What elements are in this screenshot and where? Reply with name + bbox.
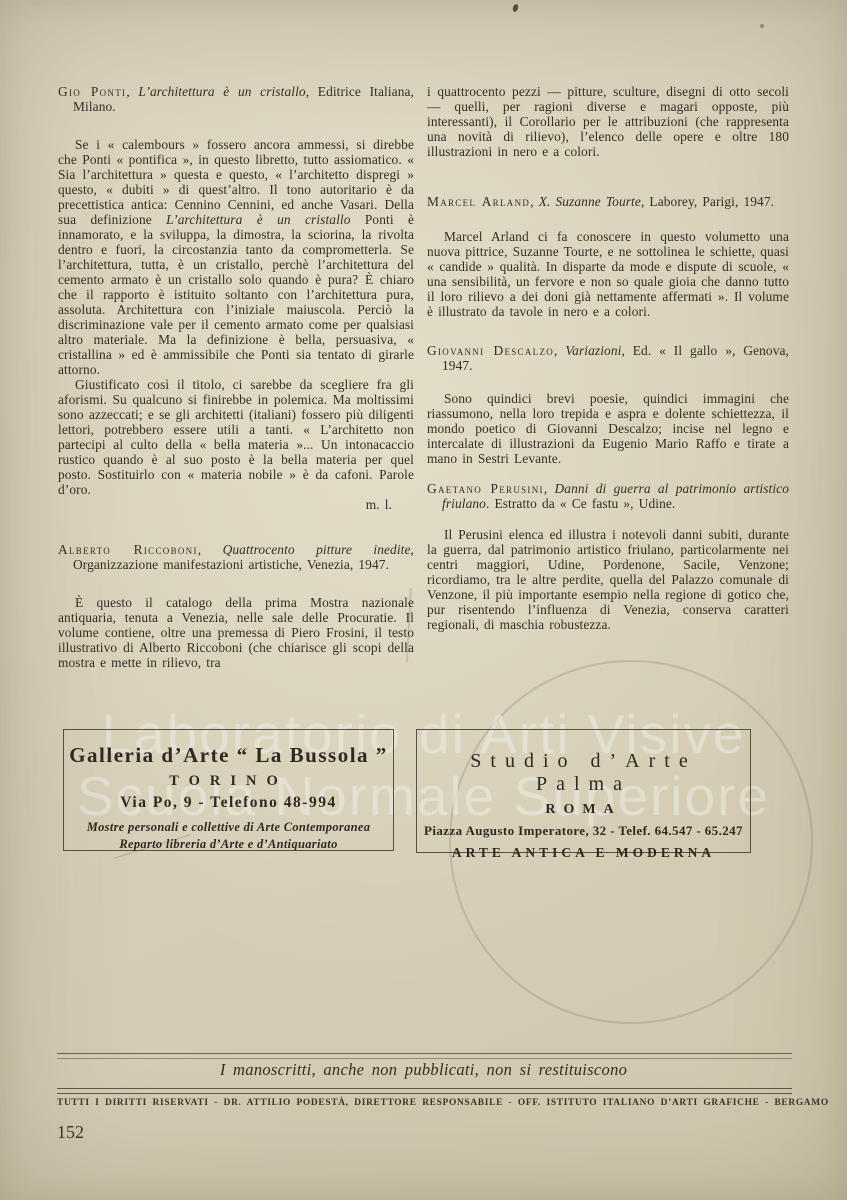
ad-city: TORINO [64,773,393,790]
book-author: Giovanni Descalzo [427,343,554,358]
separator: , [544,481,555,496]
manuscripts-notice: I manoscritti, anche non pubblicati, non… [0,1060,847,1080]
book-title: X. Suzanne Tourte [539,194,641,209]
separator: , [198,542,223,557]
scanned-magazine-page: Laboratorio di Arti Visive Scuola Normal… [0,0,847,1200]
ad-tagline: Reparto libreria d’Arte e d’Antiquariato [64,837,393,852]
book-publisher: , Laborey, Parigi, 1947. [641,194,774,209]
footer-rule-top [57,1053,792,1059]
book-entry-ponti: Gio Ponti, L’architettura è un cristallo… [58,84,414,114]
separator: , [554,343,565,358]
book-entry-descalzo: Giovanni Descalzo, Variazioni, Ed. « Il … [427,343,789,373]
page-number: 152 [57,1122,84,1143]
reviewer-initials: m. l. [58,497,414,512]
separator: , [530,194,539,209]
inline-book-title: L’architettura è un cristallo [166,212,350,227]
left-column: Gio Ponti, L’architettura è un cristallo… [58,84,414,670]
footer-rule-bottom [57,1088,792,1094]
review-paragraph: Marcel Arland ci fa conoscere in questo … [427,229,789,319]
book-author: Marcel Arland [427,194,530,209]
ad-gallery-name: Studio d’Arte Palma [417,750,750,796]
ad-address: Piazza Augusto Imperatore, 32 - Telef. 6… [417,823,750,839]
book-entry-riccoboni: Alberto Riccoboni, Quattrocento pitture … [58,542,414,572]
book-publisher: . Estratto da « Ce fastu », Udine. [486,496,675,511]
book-title: Variazioni [565,343,621,358]
review-text: Ponti è innamorato, e la sviluppa, la di… [58,212,414,377]
right-column: i quattrocento pezzi — pitture, sculture… [427,84,789,632]
book-author: Gio Ponti [58,84,126,99]
copyright-imprint: TUTTI I DIRITTI RISERVATI - DR. ATTILIO … [57,1098,793,1108]
ad-studio-arte-palma: Studio d’Arte Palma ROMA Piazza Augusto … [416,729,751,853]
book-author: Alberto Riccoboni [58,542,198,557]
review-paragraph-continuation: i quattrocento pezzi — pitture, sculture… [427,84,789,159]
review-paragraph: È questo il catalogo della prima Mostra … [58,595,414,670]
book-entry-perusini: Gaetano Perusini, Danni di guerra al pat… [427,481,789,511]
book-title: L’architettura è un cristallo [138,84,305,99]
paper-speck [760,24,764,28]
paper-speck [512,3,519,12]
review-paragraph: Sono quindici brevi poesie, quindici imm… [427,391,789,466]
separator: , [126,84,138,99]
book-title: Quattrocento pitture inedite [223,542,411,557]
ad-tagline: ARTE ANTICA E MODERNA [417,845,750,861]
review-paragraph: Se i « calembours » fossero ancora ammes… [58,137,414,377]
ad-galleria-la-bussola: Galleria d’Arte “ La Bussola ” TORINO Vi… [63,729,394,851]
review-paragraph: Giustificato così il titolo, ci sarebbe … [58,377,414,497]
book-author: Gaetano Perusini [427,481,544,496]
ad-city: ROMA [417,802,750,818]
review-paragraph: Il Perusini elenca ed illustra i notevol… [427,527,789,632]
book-entry-arland: Marcel Arland, X. Suzanne Tourte, Labore… [427,194,789,209]
ad-gallery-name: Galleria d’Arte “ La Bussola ” [64,743,393,768]
ad-tagline: Mostre personali e collettive di Arte Co… [64,820,393,835]
ad-address: Via Po, 9 - Telefono 48-994 [64,794,393,812]
